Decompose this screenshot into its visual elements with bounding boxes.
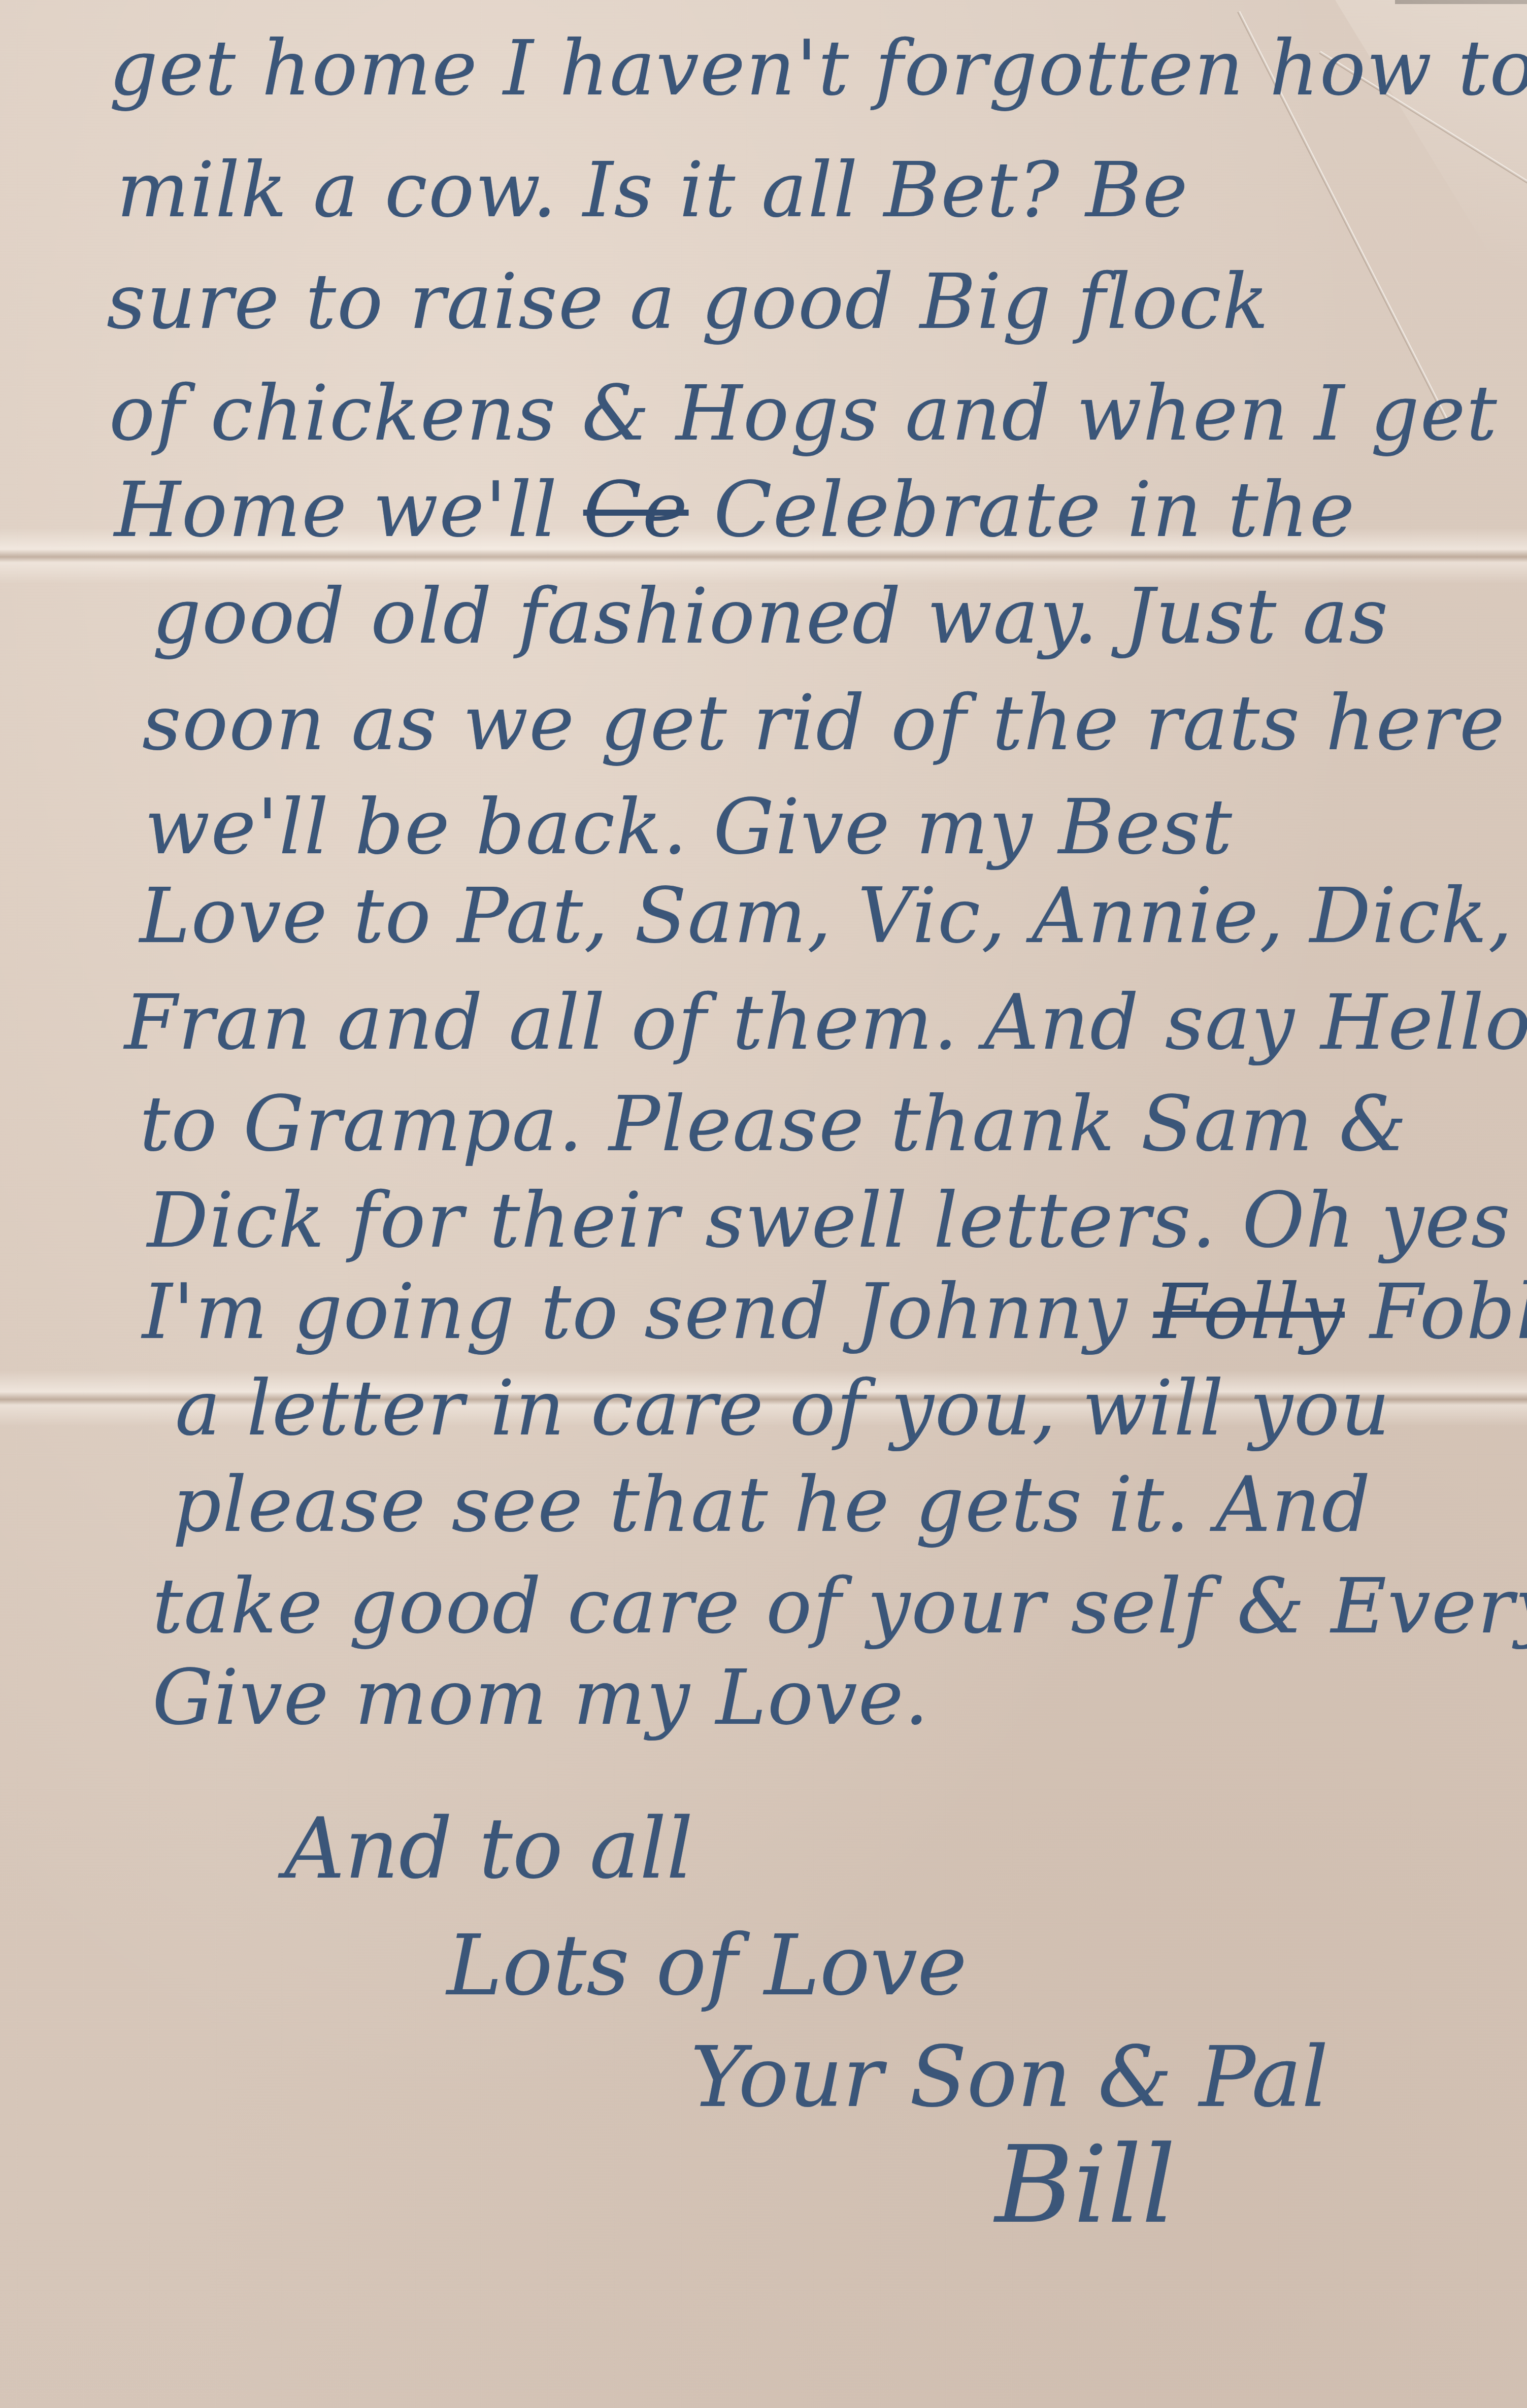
letter-line: a letter in care of you, will you — [175, 1370, 1391, 1447]
letter-line: we'll be back. Give my Best — [145, 789, 1233, 865]
letter-line: milk a cow. Is it all Bet? Be — [117, 152, 1188, 228]
letter-line: please see that he gets it. And — [173, 1467, 1371, 1543]
letter-line: Love to Pat, Sam, Vic, Annie, Dick, — [140, 878, 1513, 954]
letter-line: get home I haven't forgotten how to — [109, 30, 1527, 107]
struck-out-word: Folly — [1153, 1268, 1345, 1356]
letter-line: Home we'll Ce Celebrate in the — [114, 472, 1355, 548]
line-text: Celebrate in the — [714, 466, 1355, 554]
letter-paper: get home I haven't forgotten how to milk… — [0, 0, 1527, 2408]
line-text: I'm going to send Johnny — [142, 1268, 1128, 1356]
letter-line: to Grampa. Please thank Sam & — [140, 1086, 1408, 1162]
line-text: Home we'll — [114, 466, 558, 554]
signature: Bill — [995, 2132, 1176, 2238]
struck-out-word: Ce — [583, 466, 689, 554]
closing-relation: Your Son & Pal — [690, 2035, 1329, 2119]
letter-line: of chickens & Hogs and when I get — [109, 376, 1498, 452]
closing-salutation: And to all — [284, 1807, 693, 1891]
closing-love: Lots of Love — [447, 1924, 967, 2008]
line-text: Foble — [1370, 1268, 1527, 1356]
letter-line: Give mom my Love. — [152, 1660, 930, 1736]
letter-body: get home I haven't forgotten how to milk… — [0, 0, 1527, 2408]
letter-line: soon as we get rid of the rats here — [142, 685, 1506, 761]
letter-line: sure to raise a good Big flock — [107, 264, 1270, 340]
letter-line: take good care of your self & Everyone. — [152, 1568, 1527, 1645]
letter-line: good old fashioned way. Just as — [152, 579, 1389, 655]
letter-line: I'm going to send Johnny Folly Foble — [142, 1274, 1527, 1350]
letter-line: Fran and all of them. And say Hello — [124, 985, 1527, 1061]
letter-line: Dick for their swell letters. Oh yes — [147, 1183, 1511, 1259]
